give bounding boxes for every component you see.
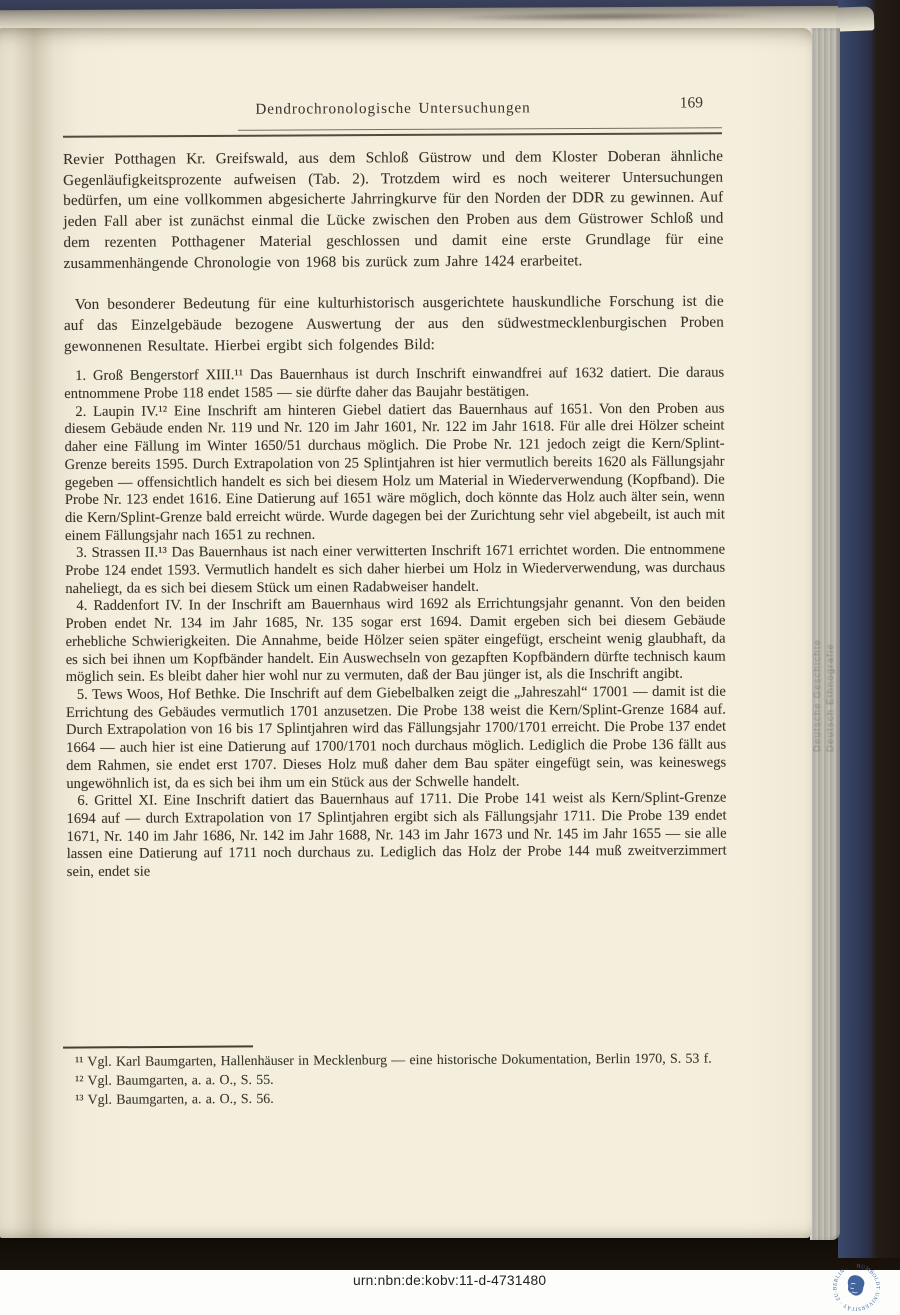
fore-edge-stamp-line-2: Deutsch Ethnografie xyxy=(825,552,836,752)
footnotes: ¹¹ Vgl. Karl Baumgarten, Hallenhäuser in… xyxy=(63,1051,723,1111)
running-header: Dendrochronologische Untersuchungen 169 xyxy=(63,98,723,125)
paragraph-intro: Von besonderer Bedeutung für eine kultur… xyxy=(64,292,724,358)
page-corner-wedge xyxy=(836,6,875,31)
numbered-item-2: 2. Laupin IV.¹² Eine Inschrift am hinter… xyxy=(64,400,725,545)
running-title: Dendrochronologische Untersuchungen xyxy=(63,98,723,119)
body-text: Revier Potthagen Kr. Greifswald, aus dem… xyxy=(63,147,727,882)
book-page: Dendrochronologische Untersuchungen 169 … xyxy=(0,28,812,1238)
fore-edge-stamp: Deutsche Geschichte Deutsch Ethnografie xyxy=(812,552,836,752)
numbered-item-5: 5. Tews Woos, Hof Bethke. Die Inschrift … xyxy=(66,684,727,794)
book-cover-bottom xyxy=(0,1234,900,1272)
digitization-footer-bar: urn:nbn:de:kobv:11-d-4731480 HUMBOLDT·UN… xyxy=(0,1270,900,1315)
footnote-11: ¹¹ Vgl. Karl Baumgarten, Hallenhäuser in… xyxy=(63,1051,723,1073)
numbered-item-3: 3. Strassen II.¹³ Das Bauernhaus ist nac… xyxy=(65,542,725,599)
numbered-item-1: 1. Groß Bengerstorf XIII.¹¹ Das Bauernha… xyxy=(64,365,724,404)
seal-head-profile xyxy=(848,1275,865,1295)
numbered-item-6: 6. Grittel XI. Eine Inschrift datiert da… xyxy=(66,790,726,882)
header-rule xyxy=(63,127,722,139)
footnote-13: ¹³ Vgl. Baumgarten, a. a. O., S. 56. xyxy=(63,1088,723,1110)
fore-edge-stamp-line-1: Deutsche Geschichte xyxy=(812,552,823,752)
footnote-separator-rule xyxy=(63,1045,253,1048)
scanned-book-page: Deutsche Geschichte Deutsch Ethnografie … xyxy=(0,0,900,1315)
humboldt-university-seal-icon: HUMBOLDT·UNIVERSITÄT · ZU·BERLIN · xyxy=(832,1263,881,1312)
book-cover-spine-right xyxy=(838,0,900,1258)
numbered-item-4: 4. Raddenfort IV. In der Inschrift am Ba… xyxy=(65,595,725,687)
paragraph-continuation: Revier Potthagen Kr. Greifswald, aus dem… xyxy=(63,147,724,275)
page-number: 169 xyxy=(680,94,703,112)
urn-identifier: urn:nbn:de:kobv:11-d-4731480 xyxy=(353,1273,546,1288)
